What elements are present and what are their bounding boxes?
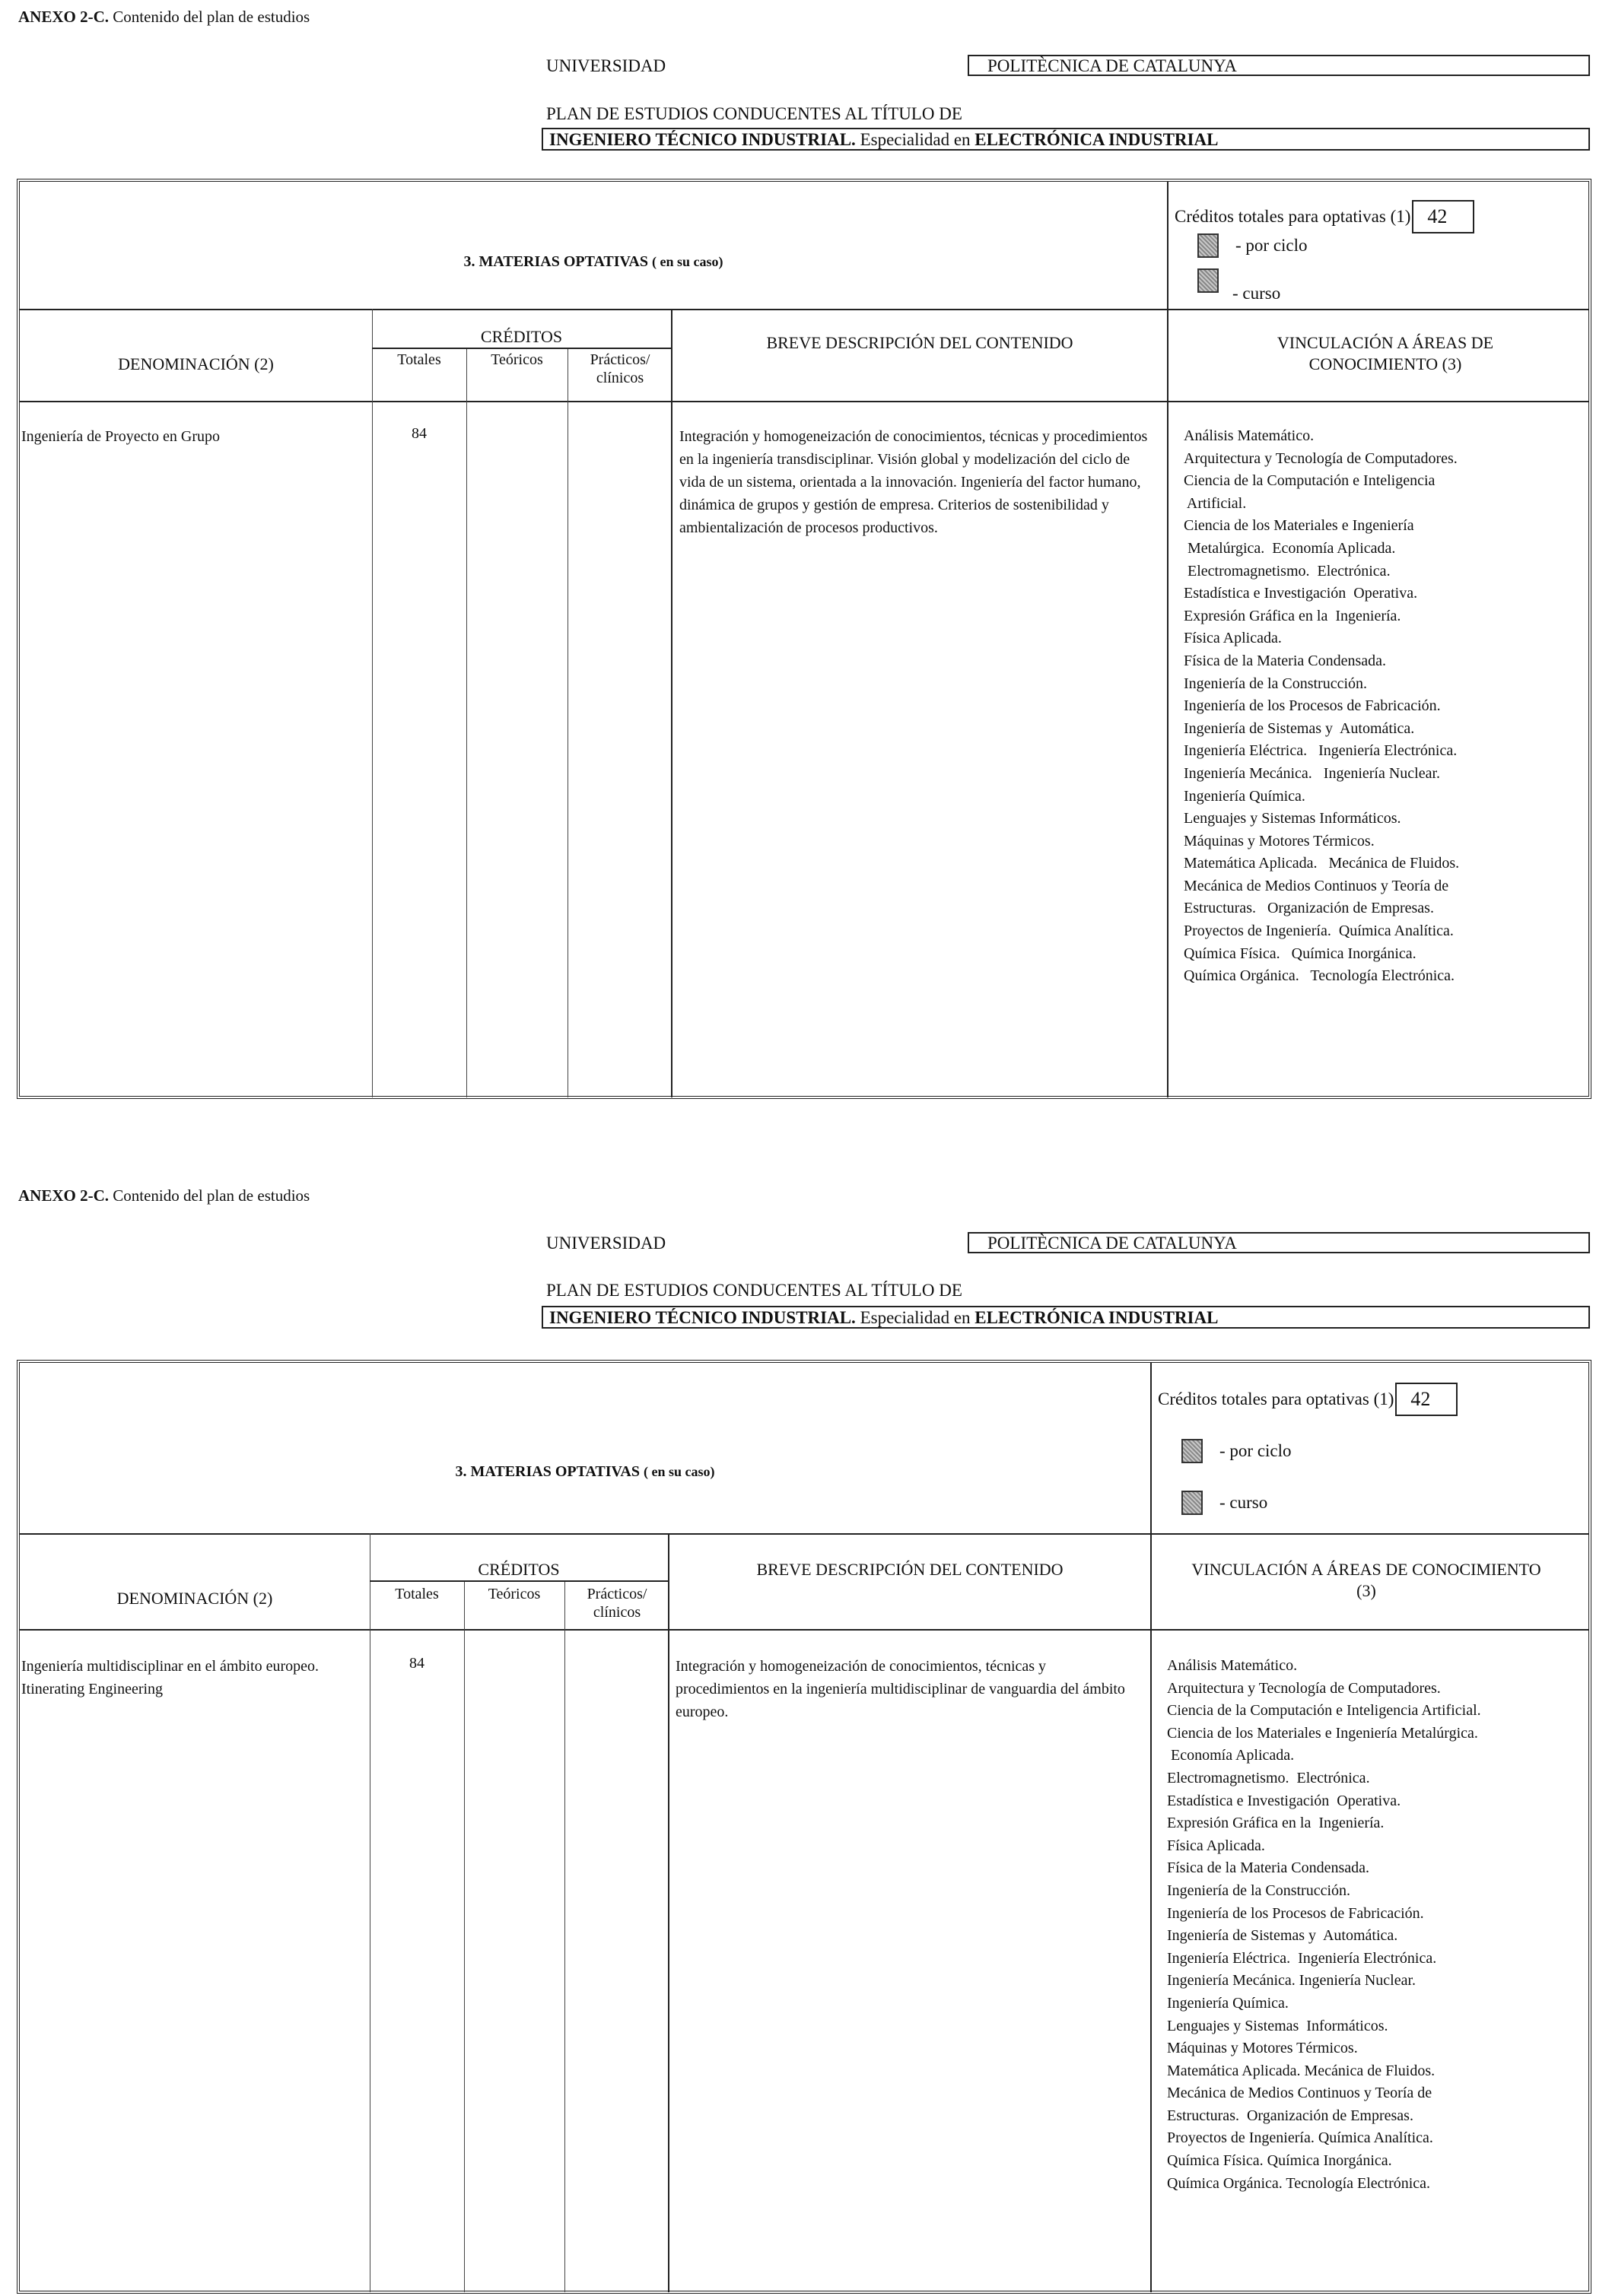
area-item: Electromagnetismo. Electrónica. [1184,561,1459,583]
header-totales: Totales [372,351,466,369]
area-item: Química Orgánica. Tecnología Electrónica… [1184,965,1459,988]
area-item: Ingeniería de los Procesos de Fabricació… [1184,695,1459,718]
legend-per-cycle: - por ciclo [1181,1439,1292,1463]
area-item: Física de la Materia Condensada. [1167,1857,1481,1880]
area-item: Mecánica de Medios Continuos y Teoría de [1167,2082,1481,2105]
legend-per-course: - curso [1197,268,1280,293]
area-item: Ciencia de los Materiales e Ingeniería [1184,515,1459,538]
degree-title-field: INGENIERO TÉCNICO INDUSTRIAL. Especialid… [542,1306,1590,1329]
area-item: Física Aplicada. [1167,1835,1481,1858]
row-areas-list: Análisis Matemático.Arquitectura y Tecno… [1167,1655,1481,2195]
header-teoricos: Teóricos [464,1585,564,1603]
area-item: Proyectos de Ingeniería. Química Analíti… [1184,920,1459,943]
header-creditos: CRÉDITOS [372,326,671,348]
header-vinculacion: VINCULACIÓN A ÁREAS DE CONOCIMIENTO (3) [1191,1559,1541,1602]
legend-per-course: - curso [1181,1491,1267,1515]
area-item: Ingeniería Eléctrica. Ingeniería Electró… [1167,1948,1481,1970]
area-item: Expresión Gráfica en la Ingeniería. [1184,605,1459,628]
plan-label: PLAN DE ESTUDIOS CONDUCENTES AL TÍTULO D… [546,104,962,124]
credits-total-value: 42 [1412,200,1474,233]
document-page-1: ANEXO 2-C. Contenido del plan de estudio… [0,0,1612,1141]
area-item: Arquitectura y Tecnología de Computadore… [1167,1678,1481,1701]
optional-subjects-table: 3. MATERIAS OPTATIVAS ( en su caso) Créd… [17,179,1591,1099]
area-item: Máquinas y Motores Térmicos. [1184,830,1459,853]
area-item: Ciencia de la Computación e Inteligencia… [1167,1700,1481,1723]
area-item: Química Física. Química Inorgánica. [1167,2150,1481,2173]
shaded-box-icon [1197,233,1219,258]
row-descripcion: Integración y homogeneización de conocim… [676,1655,1132,1723]
row-totales: 84 [372,425,466,443]
area-item: Máquinas y Motores Térmicos. [1167,2037,1481,2060]
area-item: Expresión Gráfica en la Ingeniería. [1167,1812,1481,1835]
area-item: Ingeniería Mecánica. Ingeniería Nuclear. [1167,1970,1481,1993]
area-item: Estadística e Investigación Operativa. [1167,1790,1481,1813]
shaded-box-icon [1181,1491,1203,1515]
area-item: Química Física. Química Inorgánica. [1184,943,1459,966]
area-item: Análisis Matemático. [1167,1655,1481,1678]
header-vinculacion: VINCULACIÓN A ÁREAS DE CONOCIMIENTO (3) [1214,332,1556,375]
credits-total-value: 42 [1395,1383,1458,1416]
university-field: POLITÈCNICA DE CATALUNYA [968,1232,1590,1253]
university-label: UNIVERSIDAD [546,1234,666,1253]
area-item: Física Aplicada. [1184,627,1459,650]
section-title: 3. MATERIAS OPTATIVAS ( en su caso) [20,253,1167,271]
area-item: Ciencia de la Computación e Inteligencia [1184,470,1459,493]
shaded-box-icon [1181,1439,1203,1463]
area-item: Ingeniería de los Procesos de Fabricació… [1167,1903,1481,1926]
credits-total: Créditos totales para optativas (1)42 [1158,1383,1458,1416]
row-denominacion: Ingeniería de Proyecto en Grupo [21,425,367,448]
credits-total: Créditos totales para optativas (1)42 [1175,200,1474,233]
area-item: Ingeniería de la Construcción. [1167,1880,1481,1903]
area-item: Ingeniería de Sistemas y Automática. [1184,718,1459,741]
header-practicos: Prácticos/ clínicos [569,351,671,387]
area-item: Ingeniería Eléctrica. Ingeniería Electró… [1184,740,1459,763]
optional-subjects-table: 3. MATERIAS OPTATIVAS ( en su caso) Créd… [17,1360,1591,2294]
header-teoricos: Teóricos [466,351,568,369]
university-field: POLITÈCNICA DE CATALUNYA [968,55,1590,76]
area-item: Metalúrgica. Economía Aplicada. [1184,538,1459,561]
university-label: UNIVERSIDAD [546,56,666,76]
header-denominacion: DENOMINACIÓN (2) [20,1588,370,1609]
area-item: Matemática Aplicada. Mecánica de Fluidos… [1184,853,1459,875]
degree-title-field: INGENIERO TÉCNICO INDUSTRIAL. Especialid… [542,128,1590,151]
area-item: Análisis Matemático. [1184,425,1459,448]
legend-per-cycle: - por ciclo [1197,233,1308,258]
area-item: Química Orgánica. Tecnología Electrónica… [1167,2173,1481,2196]
annex-label: ANEXO 2-C. Contenido del plan de estudio… [18,1186,310,1205]
section-title: 3. MATERIAS OPTATIVAS ( en su caso) [20,1463,1150,1481]
credits-total-label: Créditos totales para optativas (1) [1158,1389,1394,1409]
area-item: Proyectos de Ingeniería. Química Analíti… [1167,2127,1481,2150]
area-item: Arquitectura y Tecnología de Computadore… [1184,448,1459,471]
area-item: Física de la Materia Condensada. [1184,650,1459,673]
annex-label: ANEXO 2-C. Contenido del plan de estudio… [18,8,310,27]
area-item: Ingeniería Química. [1167,1993,1481,2015]
area-item: Electromagnetismo. Electrónica. [1167,1767,1481,1790]
area-item: Ingeniería Mecánica. Ingeniería Nuclear. [1184,763,1459,786]
area-item: Ciencia de los Materiales e Ingeniería M… [1167,1723,1481,1745]
area-item: Estadística e Investigación Operativa. [1184,583,1459,605]
header-creditos: CRÉDITOS [370,1559,668,1580]
area-item: Estructuras. Organización de Empresas. [1184,897,1459,920]
header-totales: Totales [370,1585,464,1603]
plan-label: PLAN DE ESTUDIOS CONDUCENTES AL TÍTULO D… [546,1281,962,1300]
shaded-box-icon [1197,268,1219,293]
header-descripcion: BREVE DESCRIPCIÓN DEL CONTENIDO [669,1559,1150,1580]
row-areas-list: Análisis Matemático.Arquitectura y Tecno… [1184,425,1459,988]
area-item: Artificial. [1184,493,1459,516]
area-item: Matemática Aplicada. Mecánica de Fluidos… [1167,2060,1481,2083]
area-item: Lenguajes y Sistemas Informáticos. [1184,808,1459,830]
area-item: Mecánica de Medios Continuos y Teoría de [1184,875,1459,898]
credits-total-label: Créditos totales para optativas (1) [1175,207,1410,227]
area-item: Economía Aplicada. [1167,1745,1481,1767]
area-item: Ingeniería Química. [1184,786,1459,808]
area-item: Ingeniería de la Construcción. [1184,673,1459,696]
area-item: Lenguajes y Sistemas Informáticos. [1167,2015,1481,2038]
area-item: Ingeniería de Sistemas y Automática. [1167,1925,1481,1948]
row-totales: 84 [370,1655,464,1672]
header-practicos: Prácticos/ clínicos [566,1585,668,1621]
document-page-2: ANEXO 2-C. Contenido del plan de estudio… [0,1171,1612,2296]
area-item: Estructuras. Organización de Empresas. [1167,2105,1481,2128]
header-denominacion: DENOMINACIÓN (2) [20,354,372,375]
row-denominacion: Ingeniería multidisciplinar en el ámbito… [21,1655,356,1701]
row-descripcion: Integración y homogeneización de conocim… [679,425,1159,539]
header-descripcion: BREVE DESCRIPCIÓN DEL CONTENIDO [672,332,1167,354]
